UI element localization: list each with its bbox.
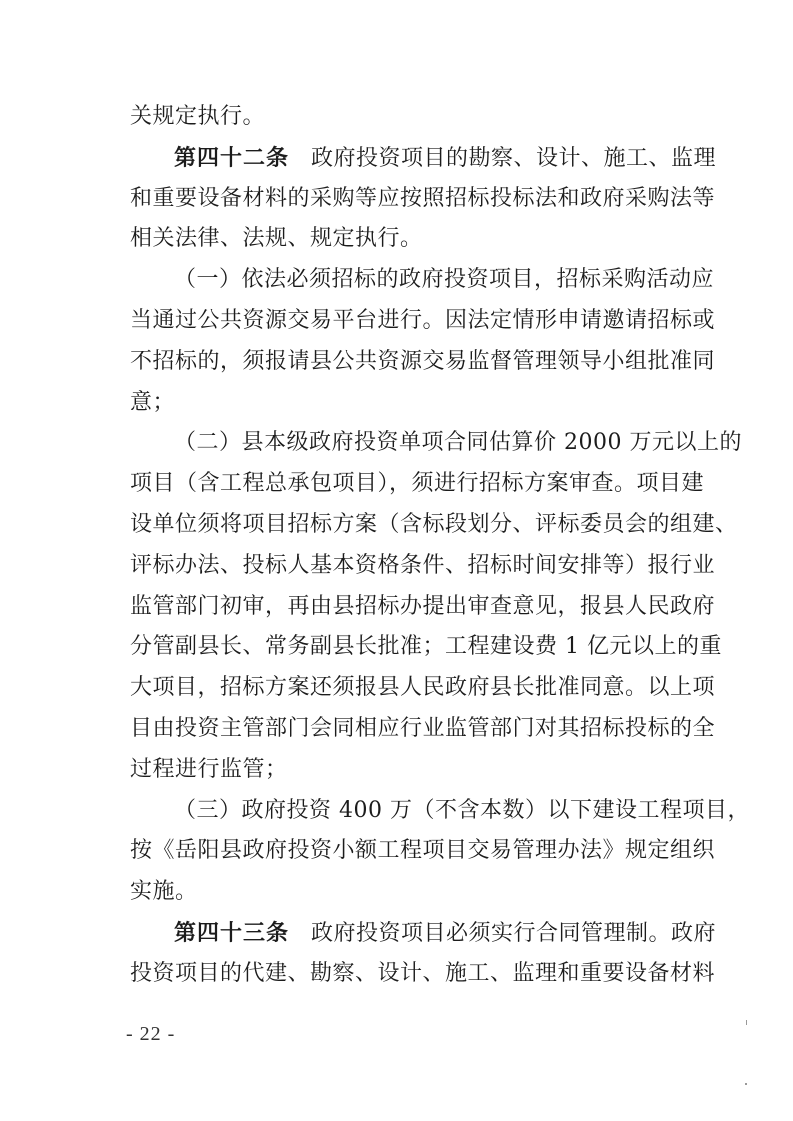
text-line: 相关法律、法规、规定执行。 bbox=[130, 219, 691, 260]
text-line: 大项目，招标方案还须报县人民政府县长批准同意。以上项 bbox=[130, 668, 691, 709]
article-number: 第四十三条 bbox=[174, 920, 289, 946]
article-42-heading-line: 第四十二条政府投资项目的勘察、设计、施工、监理 bbox=[130, 138, 691, 179]
scan-speck bbox=[746, 1020, 747, 1025]
clause-1-line: （一）依法必须招标的政府投资项目，招标采购活动应 bbox=[130, 260, 691, 301]
document-page: 关规定执行。 第四十二条政府投资项目的勘察、设计、施工、监理 和重要设备材料的采… bbox=[0, 0, 793, 1121]
article-number: 第四十二条 bbox=[174, 145, 289, 171]
page-number: - 22 - bbox=[126, 1023, 175, 1046]
clause-3-line: （三）政府投资 400 万（不含本数）以下建设工程项目， bbox=[130, 791, 691, 832]
text-line: 监管部门初审，再由县招标办提出审查意见，报县人民政府 bbox=[130, 587, 691, 628]
article-text: 政府投资项目的勘察、设计、施工、监理 bbox=[311, 146, 716, 171]
clause-2-line: （二）县本级政府投资单项合同估算价 2000 万元以上的 bbox=[130, 423, 691, 464]
text-line: 过程进行监管； bbox=[130, 750, 691, 791]
text-line: 和重要设备材料的采购等应按照招标投标法和政府采购法等 bbox=[130, 179, 691, 220]
text-line: 实施。 bbox=[130, 872, 691, 913]
scan-speck bbox=[745, 1083, 747, 1085]
text-line: 投资项目的代建、勘察、设计、施工、监理和重要设备材料 bbox=[130, 954, 691, 995]
text-line: 按《岳阳县政府投资小额工程项目交易管理办法》规定组织 bbox=[130, 831, 691, 872]
text-line: 目由投资主管部门会同相应行业监管部门对其招标投标的全 bbox=[130, 709, 691, 750]
text-line: 设单位须将项目招标方案（含标段划分、评标委员会的组建、 bbox=[130, 505, 691, 546]
article-text: 政府投资项目必须实行合同管理制。政府 bbox=[311, 921, 716, 946]
document-body: 关规定执行。 第四十二条政府投资项目的勘察、设计、施工、监理 和重要设备材料的采… bbox=[130, 97, 691, 995]
text-line: 项目（含工程总承包项目），须进行招标方案审查。项目建 bbox=[130, 464, 691, 505]
text-line: 评标办法、投标人基本资格条件、招标时间安排等）报行业 bbox=[130, 546, 691, 587]
text-line: 分管副县长、常务副县长批准；工程建设费 1 亿元以上的重 bbox=[130, 627, 691, 668]
text-line: 关规定执行。 bbox=[130, 97, 691, 138]
article-43-heading-line: 第四十三条政府投资项目必须实行合同管理制。政府 bbox=[130, 913, 691, 954]
text-line: 不招标的，须报请县公共资源交易监督管理领导小组批准同 bbox=[130, 342, 691, 383]
text-line: 当通过公共资源交易平台进行。因法定情形申请邀请招标或 bbox=[130, 301, 691, 342]
text-line: 意； bbox=[130, 383, 691, 424]
